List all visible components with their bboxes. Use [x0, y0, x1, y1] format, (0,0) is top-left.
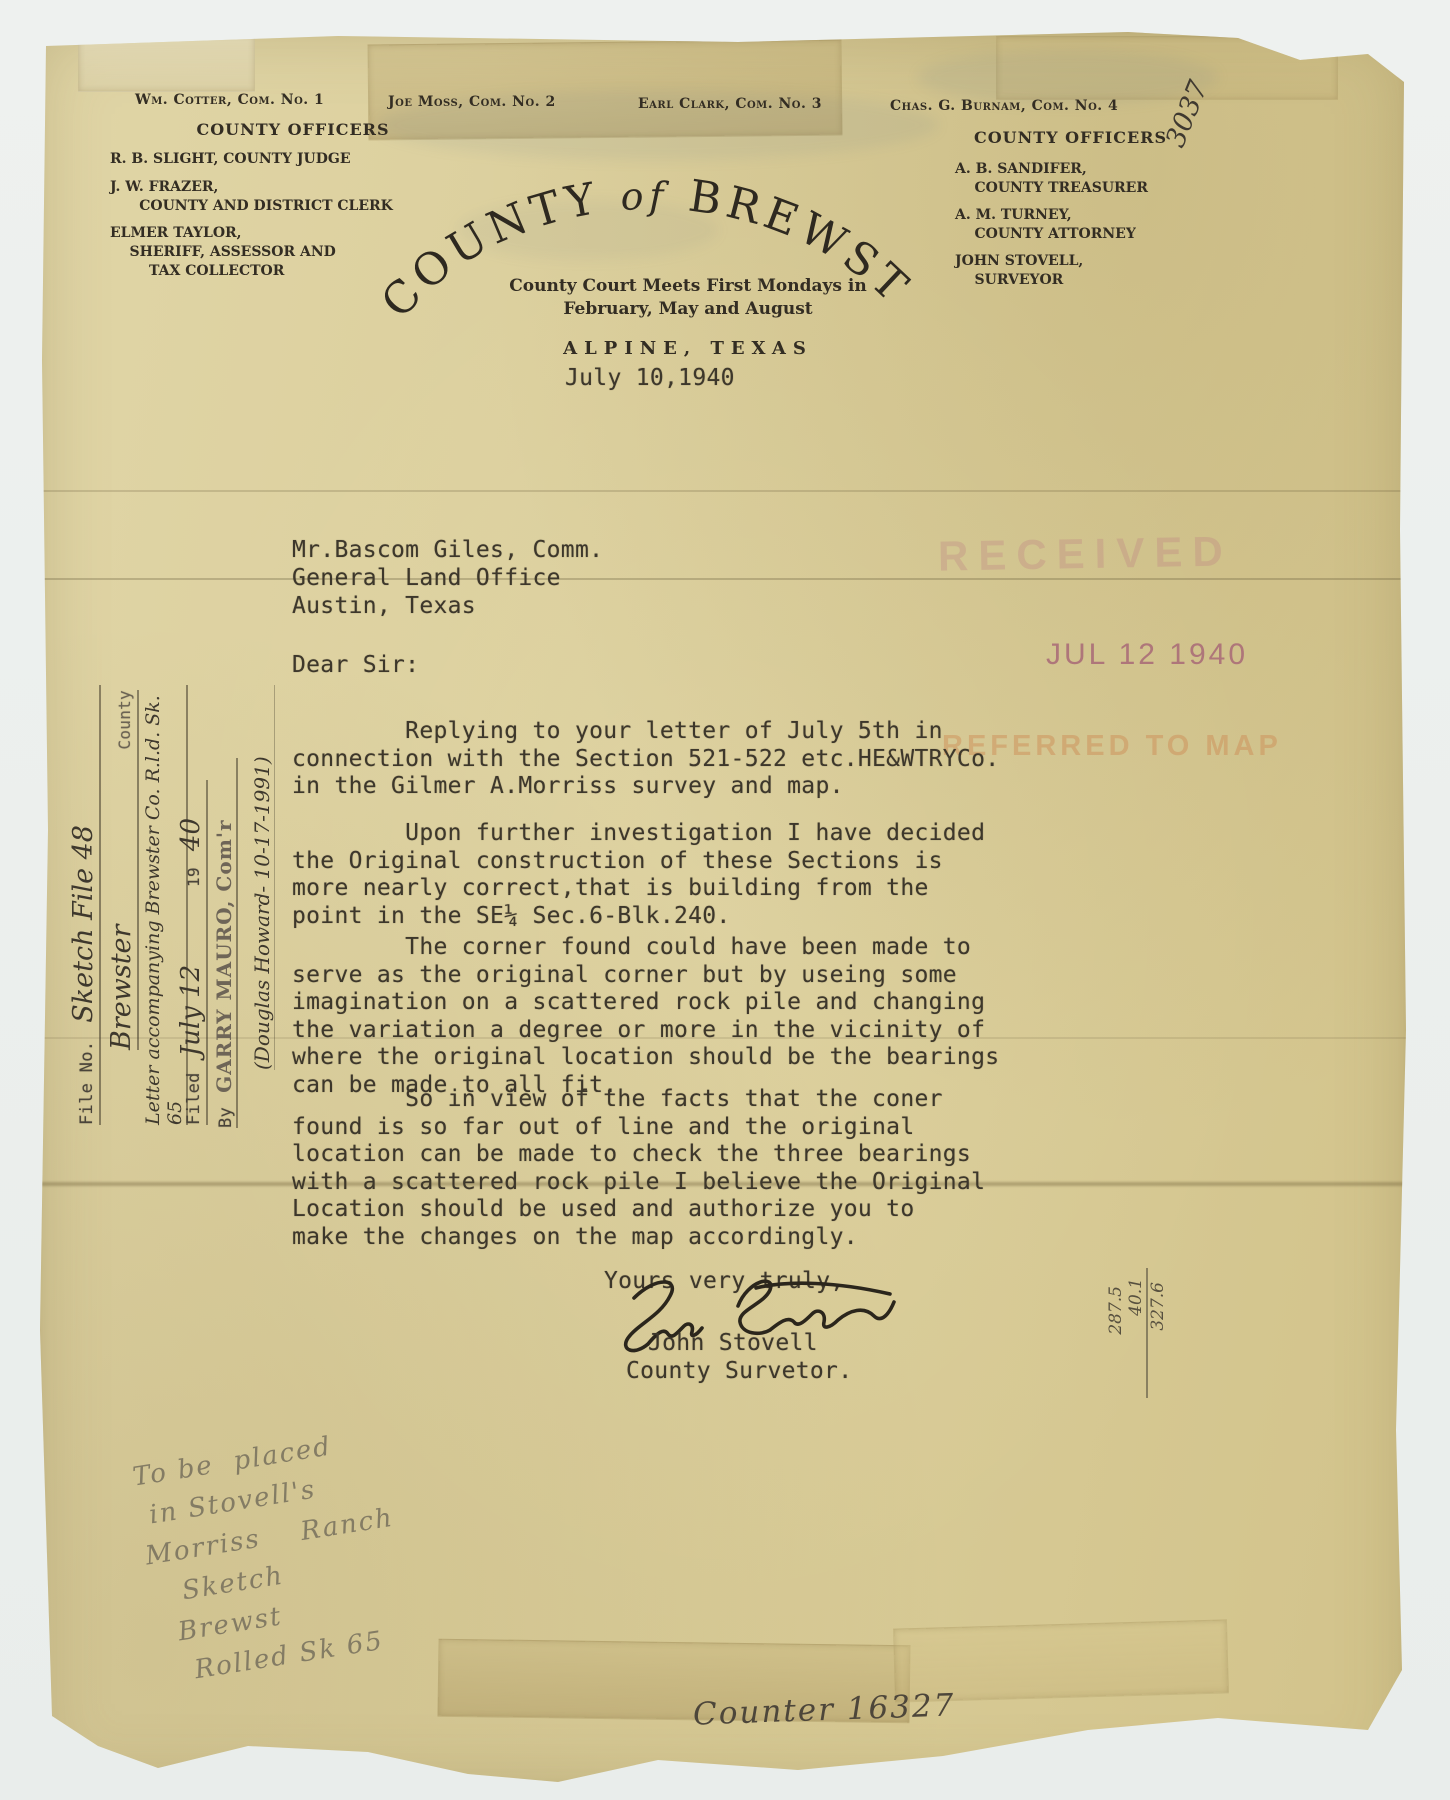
commissioner-3: Earl Clark, Com. No. 3	[638, 96, 822, 112]
commissioner-1: Wm. Cotter, Com. No. 1	[135, 92, 324, 108]
filing-by-line: By GARRY MAURO, Com'r	[212, 758, 238, 1128]
sum-figures: 287.5 40.1 327.6	[1106, 1268, 1169, 1398]
salutation: Dear Sir:	[292, 652, 419, 678]
officers-left-title: COUNTY OFFICERS	[168, 120, 418, 139]
filing-by-label: By	[216, 1107, 236, 1128]
officer-left-2: J. W. FRAZER, COUNTY AND DISTRICT CLERK	[110, 178, 393, 216]
officers-right-title: COUNTY OFFICERS	[963, 128, 1178, 147]
filing-file-no-line: File No. Sketch File 48	[68, 685, 101, 1125]
filing-filed-value: July 12	[176, 965, 206, 1057]
fold-line	[38, 578, 1408, 580]
fold-line	[38, 490, 1408, 492]
filing-by-note-value: (Douglas Howard- 10-17-1991)	[250, 756, 274, 1070]
sum-total: 327.6	[1148, 1268, 1169, 1398]
typed-signer-name: John Stovell	[648, 1330, 818, 1356]
officer-left-3: ELMER TAYLOR, SHERIFF, ASSESSOR AND TAX …	[110, 224, 336, 281]
recipient-address: Mr.Bascom Giles, Comm. General Land Offi…	[292, 536, 603, 620]
ghost-ink-smudge	[918, 50, 1218, 105]
counter-number: Counter 16327	[692, 1687, 956, 1732]
officer-right-3: JOHN STOVELL, SURVEYOR	[955, 252, 1083, 290]
filing-file-no-value: Sketch File 48	[68, 825, 99, 1023]
filing-filed-line: Filed July 12 19 40	[176, 780, 208, 1125]
letter-date: July 10,1940	[565, 365, 735, 391]
paragraph-4: So in view of the facts that the coner f…	[292, 1086, 985, 1251]
received-stamp: RECEIVED	[938, 527, 1234, 580]
filing-county-label: County	[115, 690, 134, 750]
received-date-stamp: JUL 12 1940	[1046, 638, 1248, 672]
officer-left-1: R. B. SLIGHT, COUNTY JUDGE	[110, 150, 351, 169]
filing-by-stamp: GARRY MAURO, Com'r	[212, 819, 236, 1092]
pencil-note: To be placed in Stovell's Morriss Ranch …	[130, 1419, 415, 1695]
officer-right-2: A. M. TURNEY, COUNTY ATTORNEY	[955, 206, 1136, 244]
filing-county-line: Brewster County	[106, 690, 139, 1050]
letter-paper: Wm. Cotter, Com. No. 1 Joe Moss, Com. No…	[38, 30, 1408, 1788]
paragraph-2: Upon further investigation I have decide…	[292, 820, 985, 930]
typed-signer-title: County Survetor.	[626, 1358, 852, 1384]
sum-a: 287.5	[1106, 1268, 1126, 1398]
officer-right-1: A. B. SANDIFER, COUNTY TREASURER	[955, 160, 1148, 198]
commissioner-4: Chas. G. Burnam, Com. No. 4	[890, 98, 1118, 114]
filing-year-value: 40	[176, 818, 206, 851]
paragraph-3: The corner found could have been made to…	[292, 934, 999, 1099]
filing-year-label: 19	[184, 867, 203, 887]
filing-file-no-label: File No.	[77, 1041, 97, 1125]
city-line: ALPINE, TEXAS	[418, 338, 958, 359]
filing-by-note-line: (Douglas Howard- 10-17-1991)	[250, 685, 275, 1070]
paragraph-1: Replying to your letter of July 5th in c…	[292, 718, 999, 801]
commissioner-2: Joe Moss, Com. No. 2	[388, 94, 556, 110]
court-meets-text: County Court Meets First Mondays in Febr…	[418, 275, 958, 321]
filing-filed-label: Filed	[184, 1072, 204, 1125]
scanned-letter-canvas: Wm. Cotter, Com. No. 1 Joe Moss, Com. No…	[0, 0, 1450, 1800]
tape-top-left	[78, 34, 255, 92]
arch-word-of: of	[619, 174, 669, 219]
sum-b: 40.1	[1126, 1268, 1148, 1398]
filing-county-value: Brewster	[106, 925, 137, 1050]
